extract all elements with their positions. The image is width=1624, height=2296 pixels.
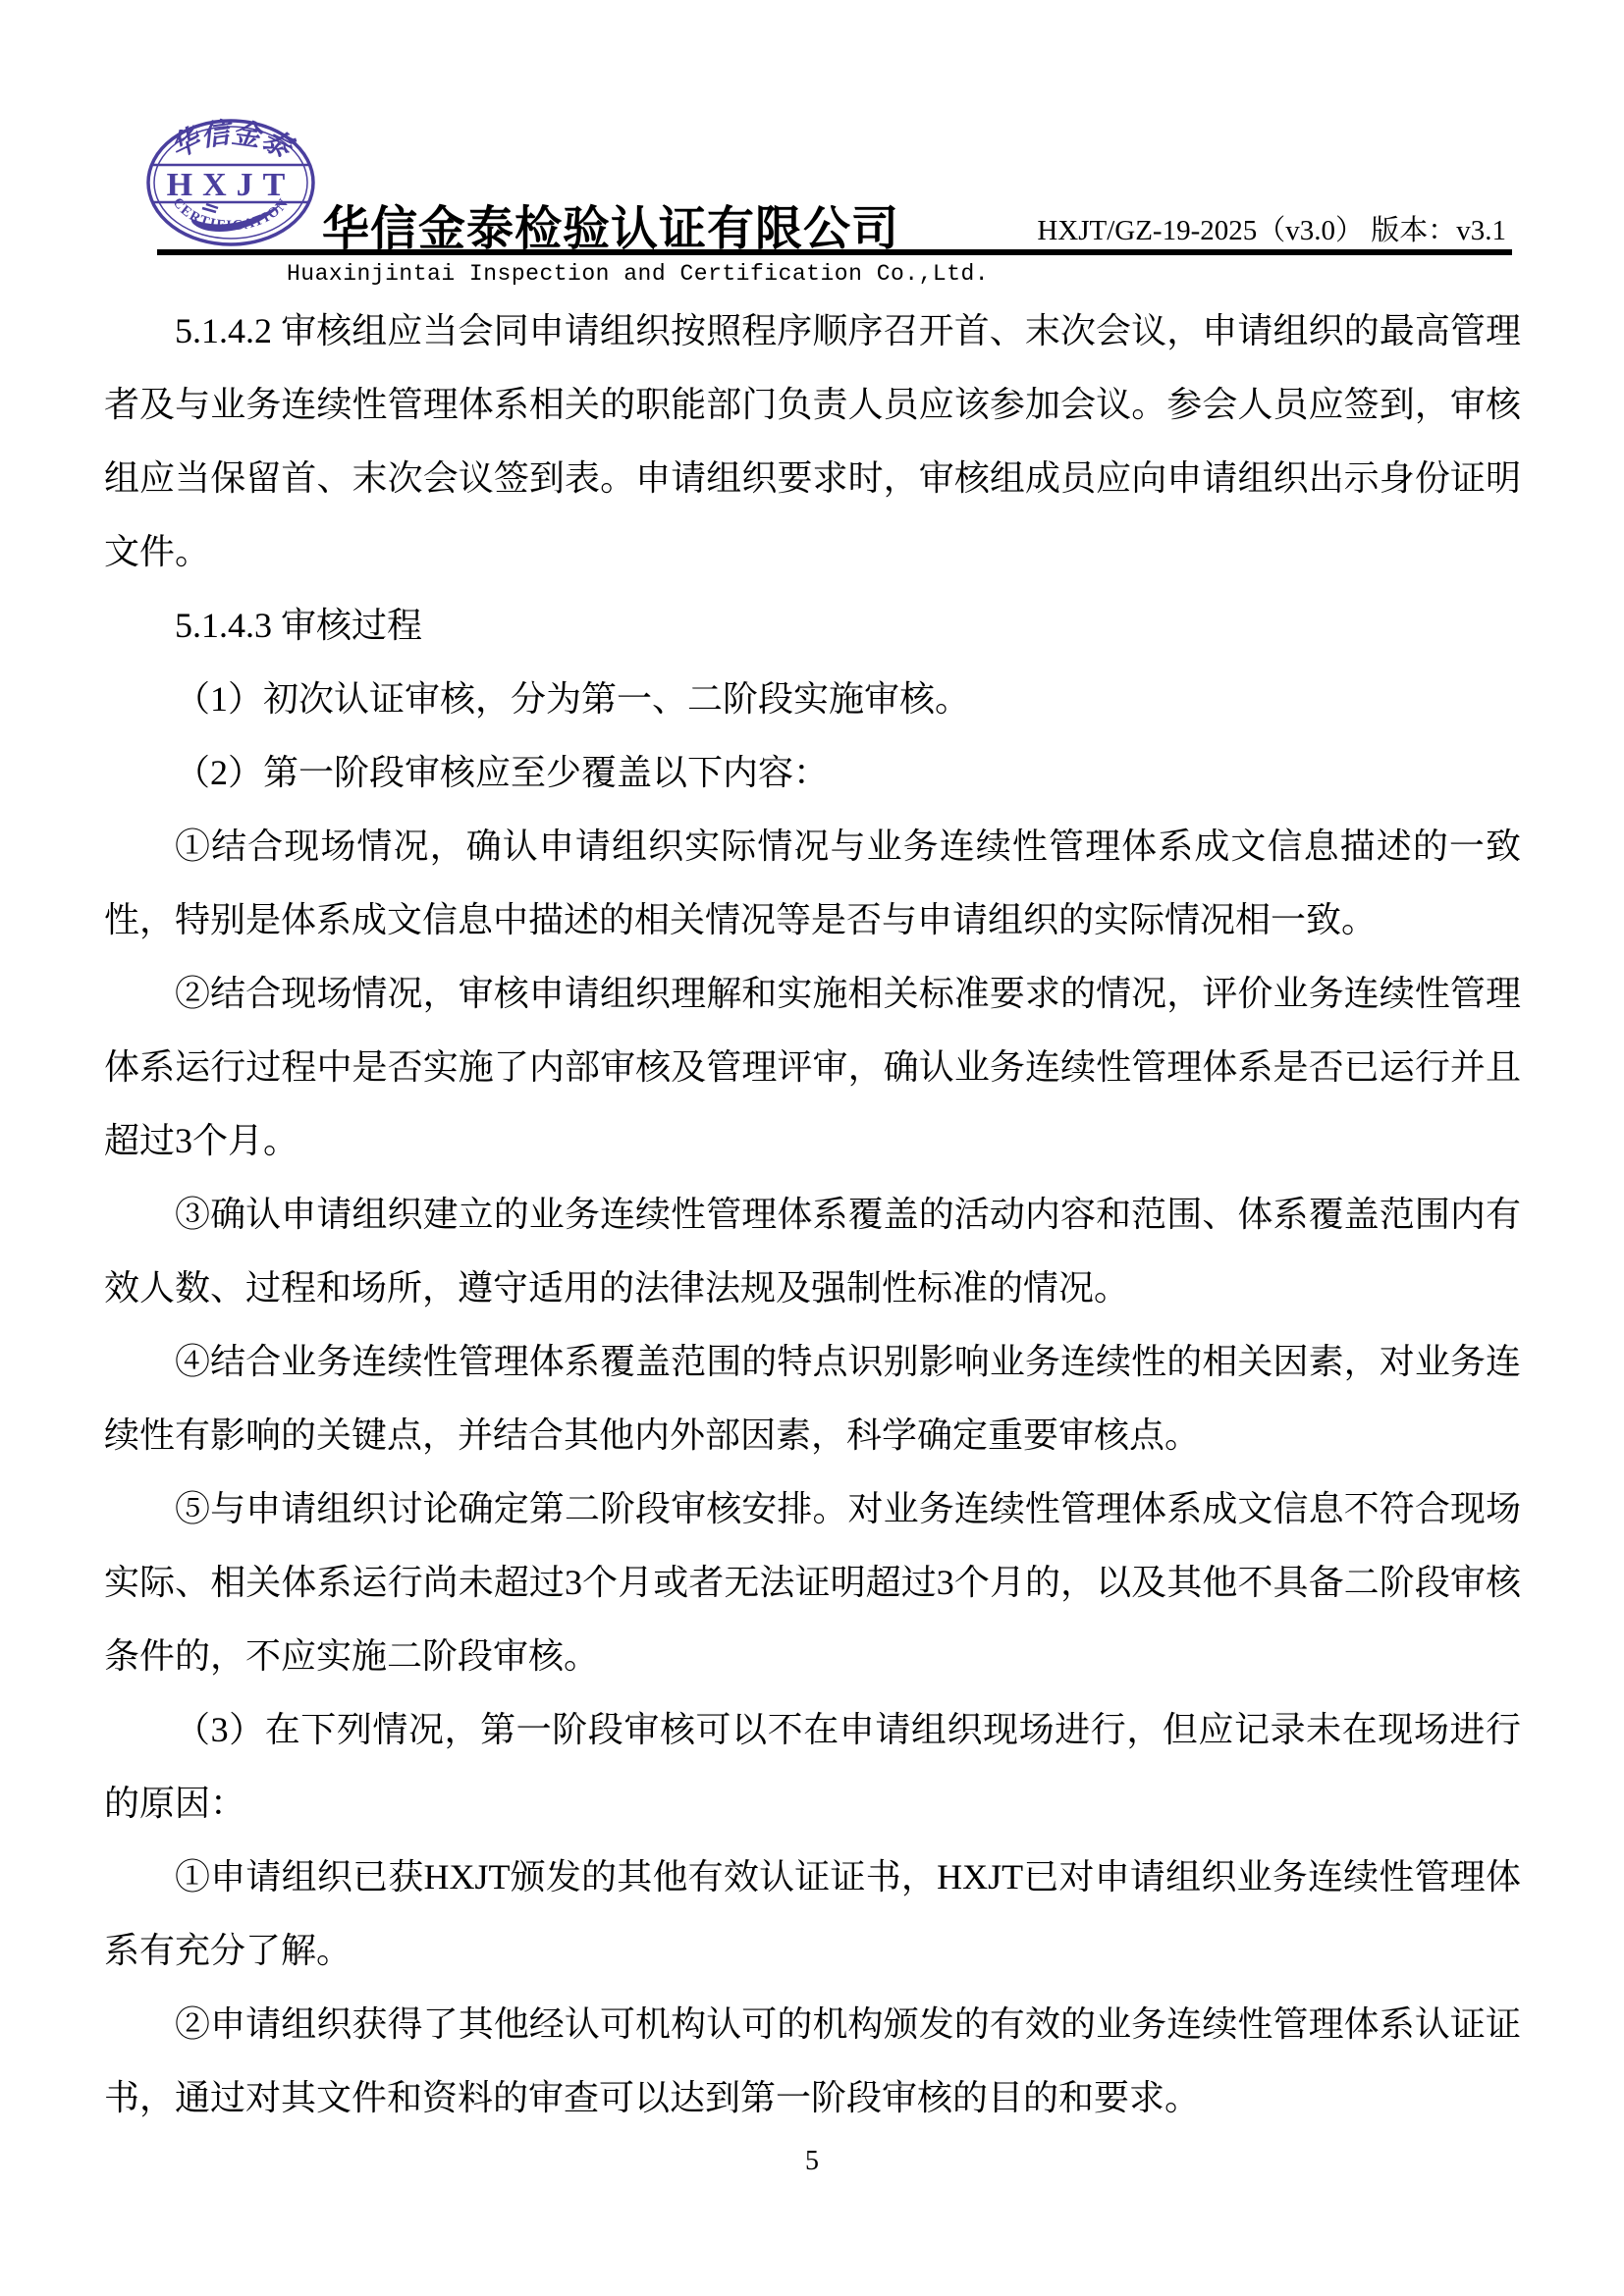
document-number: HXJT/GZ-19-2025（v3.0） 版本：v3.1 xyxy=(1037,208,1506,248)
paragraph-reason-circle-1: ①申请组织已获HXJT颁发的其他有效认证证书，HXJT已对申请组织业务连续性管理… xyxy=(104,1841,1521,1988)
document-page: 华信金泰 HXJT CERTIFICATION 华信金泰检验认证有限公司 HXJ… xyxy=(0,0,1624,2296)
paragraph-circle-4: ④结合业务连续性管理体系覆盖范围的特点识别影响业务连续性的相关因素，对业务连续性… xyxy=(104,1325,1521,1472)
hxjt-seal-icon: 华信金泰 HXJT CERTIFICATION xyxy=(145,118,316,247)
paragraph-circle-1: ①结合现场情况，确认申请组织实际情况与业务连续性管理体系成文信息描述的一致性，特… xyxy=(104,810,1521,957)
paragraph-5142: 5.1.4.2 审核组应当会同申请组织按照程序顺序召开首、末次会议，申请组织的最… xyxy=(104,294,1521,589)
header-divider xyxy=(157,249,1512,255)
paragraph-reason-circle-2: ②申请组织获得了其他经认可机构认可的机构颁发的有效的业务连续性管理体系认证证书，… xyxy=(104,1988,1521,2135)
svg-text:HXJT: HXJT xyxy=(167,167,296,203)
company-logo: 华信金泰 HXJT CERTIFICATION xyxy=(145,118,316,247)
page-number: 5 xyxy=(0,2146,1624,2177)
paragraph-item-1: （1）初次认证审核，分为第一、二阶段实施审核。 xyxy=(104,663,1521,736)
company-name-zh: 华信金泰检验认证有限公司 xyxy=(322,190,899,258)
document-body: 5.1.4.2 审核组应当会同申请组织按照程序顺序召开首、末次会议，申请组织的最… xyxy=(104,294,1521,2135)
paragraph-item-3: （3）在下列情况，第一阶段审核可以不在申请组织现场进行，但应记录未在现场进行的原… xyxy=(104,1693,1521,1841)
paragraph-5143-heading: 5.1.4.3 审核过程 xyxy=(104,589,1521,663)
paragraph-circle-2: ②结合现场情况，审核申请组织理解和实施相关标准要求的情况，评价业务连续性管理体系… xyxy=(104,957,1521,1178)
paragraph-circle-3: ③确认申请组织建立的业务连续性管理体系覆盖的活动内容和范围、体系覆盖范围内有效人… xyxy=(104,1178,1521,1325)
svg-text:华信金泰: 华信金泰 xyxy=(166,118,299,166)
paragraph-circle-5: ⑤与申请组织讨论确定第二阶段审核安排。对业务连续性管理体系成文信息不符合现场实际… xyxy=(104,1472,1521,1693)
paragraph-item-2: （2）第一阶段审核应至少覆盖以下内容： xyxy=(104,736,1521,810)
company-name-en: Huaxinjintai Inspection and Certificatio… xyxy=(287,261,989,287)
